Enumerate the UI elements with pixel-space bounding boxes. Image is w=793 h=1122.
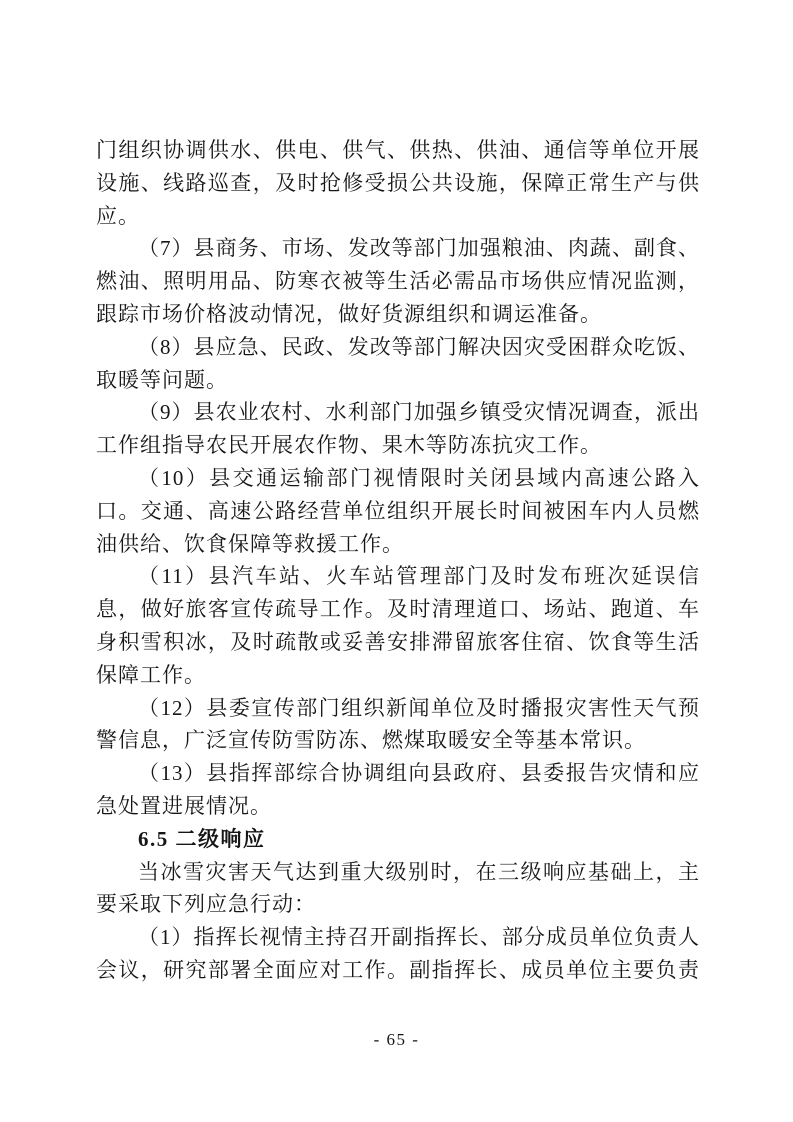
text-line: 身积雪积冰，及时疏散或妥善安排滞留旅客住宿、饮食等生活 bbox=[96, 626, 700, 659]
text-line: （11）县汽车站、火车站管理部门及时发布班次延误信 bbox=[96, 560, 700, 593]
text-line: 当冰雪灾害天气达到重大级别时，在三级响应基础上，主 bbox=[96, 856, 700, 889]
text-line: 工作组指导农民开展农作物、果木等防冻抗灾工作。 bbox=[96, 429, 700, 462]
text-line: 保障工作。 bbox=[96, 659, 700, 692]
text-line: （12）县委宣传部门组织新闻单位及时播报灾害性天气预 bbox=[96, 692, 700, 725]
text-line: （9）县农业农村、水利部门加强乡镇受灾情况调查，派出 bbox=[96, 396, 700, 429]
text-line: 跟踪市场价格波动情况，做好货源组织和调运准备。 bbox=[96, 298, 700, 331]
text-line: 要采取下列应急行动： bbox=[96, 888, 700, 921]
text-line: 取暖等问题。 bbox=[96, 364, 700, 397]
text-line: （8）县应急、民政、发改等部门解决因灾受困群众吃饭、 bbox=[96, 331, 700, 364]
text-line: 设施、线路巡查，及时抢修受损公共设施，保障正常生产与供 bbox=[96, 167, 700, 200]
document-text-block: 门组织协调供水、供电、供气、供热、供油、通信等单位开展 设施、线路巡查，及时抢修… bbox=[96, 134, 700, 987]
text-line: 油供给、饮食保障等救援工作。 bbox=[96, 528, 700, 561]
text-line: 门组织协调供水、供电、供气、供热、供油、通信等单位开展 bbox=[96, 134, 700, 167]
text-line: 会议，研究部署全面应对工作。副指挥长、成员单位主要负责 bbox=[96, 954, 700, 987]
text-line: 警信息，广泛宣传防雪防冻、燃煤取暖安全等基本常识。 bbox=[96, 724, 700, 757]
text-line: 急处置进展情况。 bbox=[96, 790, 700, 823]
section-heading-6-5: 6.5 二级响应 bbox=[96, 823, 700, 856]
text-line: 应。 bbox=[96, 200, 700, 233]
text-line: （1）指挥长视情主持召开副指挥长、部分成员单位负责人 bbox=[96, 921, 700, 954]
page-number: - 65 - bbox=[0, 1030, 793, 1050]
text-line: （7）县商务、市场、发改等部门加强粮油、肉蔬、副食、 bbox=[96, 232, 700, 265]
text-line: （13）县指挥部综合协调组向县政府、县委报告灾情和应 bbox=[96, 757, 700, 790]
text-line: 口。交通、高速公路经营单位组织开展长时间被困车内人员燃 bbox=[96, 495, 700, 528]
document-page: 门组织协调供水、供电、供气、供热、供油、通信等单位开展 设施、线路巡查，及时抢修… bbox=[0, 0, 793, 1122]
text-line: 息，做好旅客宣传疏导工作。及时清理道口、场站、跑道、车 bbox=[96, 593, 700, 626]
text-line: 燃油、照明用品、防寒衣被等生活必需品市场供应情况监测， bbox=[96, 265, 700, 298]
text-line: （10）县交通运输部门视情限时关闭县域内高速公路入 bbox=[96, 462, 700, 495]
